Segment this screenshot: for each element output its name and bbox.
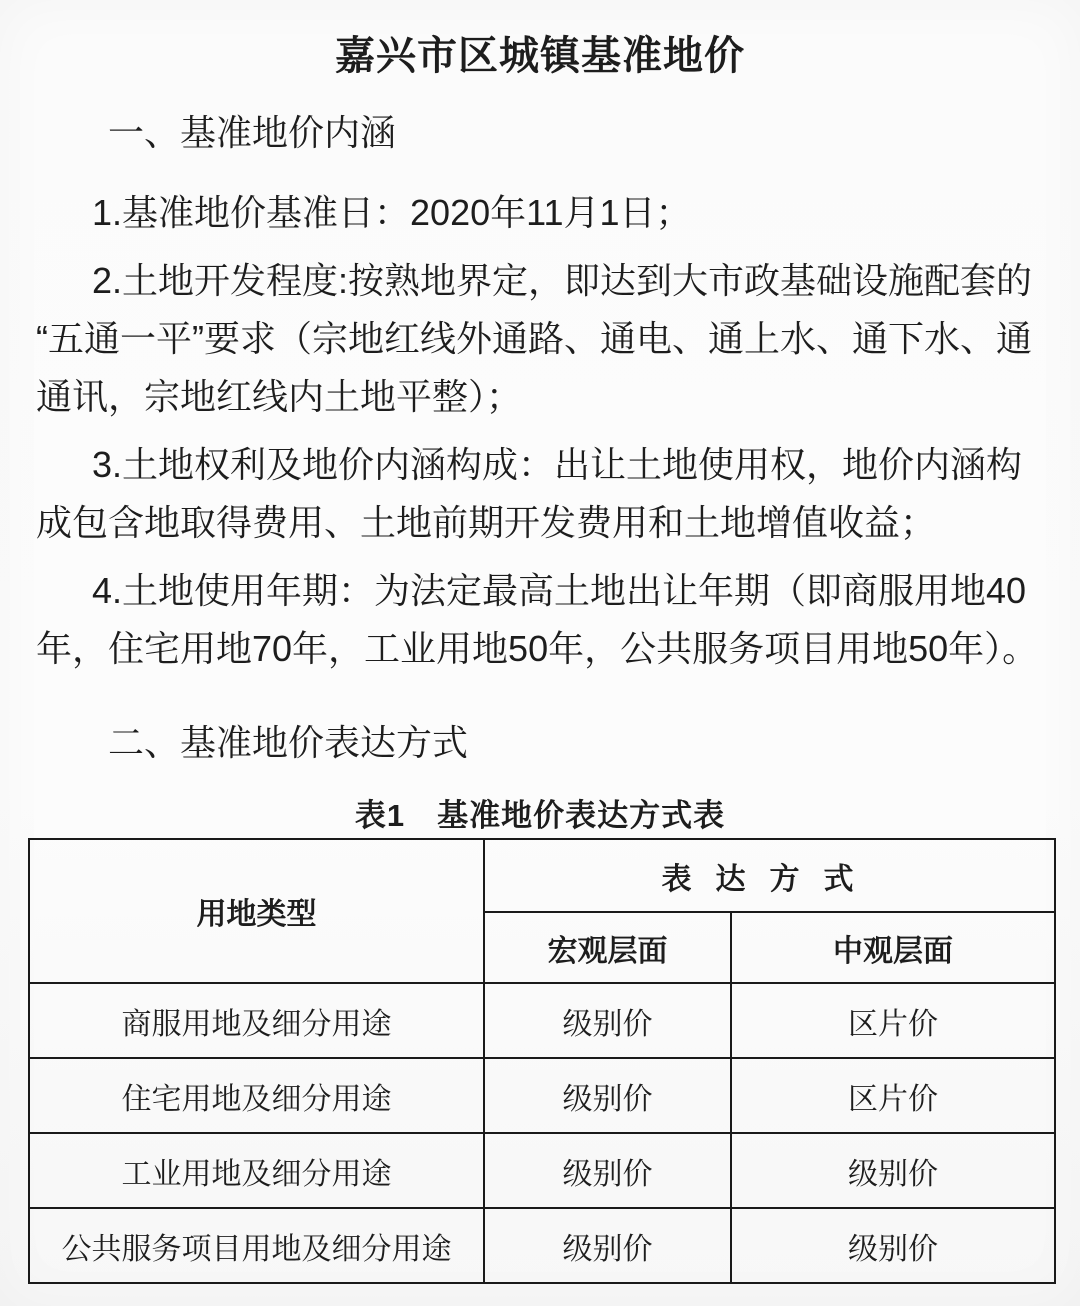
paragraph-3: 3.土地权利及地价内涵构成：出让土地使用权，地价内涵构 成包含地取得费用、土地前… <box>36 436 1044 552</box>
paragraph-4: 4.土地使用年期：为法定最高土地出让年期（即商服用地40 年，住宅用地70年，工… <box>36 562 1044 678</box>
document-page: 嘉兴市区城镇基准地价 一、基准地价内涵 1.基准地价基准日：2020年11月1日… <box>0 0 1080 1306</box>
document-title: 嘉兴市区城镇基准地价 <box>36 34 1044 78</box>
cell-land-type: 公共服务项目用地及细分用途 <box>29 1208 484 1283</box>
section-heading-1: 一、基准地价内涵 <box>108 104 1044 162</box>
table-row: 商服用地及细分用途 级别价 区片价 <box>29 983 1055 1058</box>
cell-meso-value: 区片价 <box>731 1058 1055 1133</box>
header-meso-level: 中观层面 <box>731 912 1055 983</box>
cell-meso-value: 级别价 <box>731 1133 1055 1208</box>
expression-table: 用地类型 表达方式 宏观层面 中观层面 商服用地及细分用途 级别价 区片价 住宅… <box>28 838 1056 1284</box>
header-macro-level: 宏观层面 <box>484 912 731 983</box>
cell-macro-value: 级别价 <box>484 1133 731 1208</box>
paragraph-1: 1.基准地价基准日：2020年11月1日； <box>36 184 1044 242</box>
table-row: 住宅用地及细分用途 级别价 区片价 <box>29 1058 1055 1133</box>
paragraph-2: 2.土地开发程度:按熟地界定，即达到大市政基础设施配套的 “五通一平”要求（宗地… <box>36 252 1044 426</box>
section-heading-2: 二、基准地价表达方式 <box>108 714 1044 772</box>
header-land-type: 用地类型 <box>29 839 484 983</box>
text-line: 成包含地取得费用、土地前期开发费用和土地增值收益； <box>36 494 1044 552</box>
text-line: 3.土地权利及地价内涵构成：出让土地使用权，地价内涵构 <box>36 436 1044 494</box>
cell-meso-value: 区片价 <box>731 983 1055 1058</box>
cell-land-type: 商服用地及细分用途 <box>29 983 484 1058</box>
table-caption: 表1 基准地价表达方式表 <box>36 794 1044 838</box>
cell-macro-value: 级别价 <box>484 983 731 1058</box>
text-line: 通讯，宗地红线内土地平整）； <box>36 368 1044 426</box>
text-line: “五通一平”要求（宗地红线外通路、通电、通上水、通下水、通 <box>36 310 1044 368</box>
text-line: 年，住宅用地70年，工业用地50年，公共服务项目用地50年）。 <box>36 620 1044 678</box>
table-row: 工业用地及细分用途 级别价 级别价 <box>29 1133 1055 1208</box>
table-header-row-1: 用地类型 表达方式 <box>29 839 1055 912</box>
table-row: 公共服务项目用地及细分用途 级别价 级别价 <box>29 1208 1055 1283</box>
header-expression-group: 表达方式 <box>484 839 1055 912</box>
cell-meso-value: 级别价 <box>731 1208 1055 1283</box>
cell-land-type: 工业用地及细分用途 <box>29 1133 484 1208</box>
text-line: 1.基准地价基准日：2020年11月1日； <box>36 184 1044 242</box>
text-line: 4.土地使用年期：为法定最高土地出让年期（即商服用地40 <box>36 562 1044 620</box>
cell-macro-value: 级别价 <box>484 1058 731 1133</box>
text-line: 2.土地开发程度:按熟地界定，即达到大市政基础设施配套的 <box>36 252 1044 310</box>
cell-macro-value: 级别价 <box>484 1208 731 1283</box>
header-expression-group-label: 表达方式 <box>662 863 878 896</box>
cell-land-type: 住宅用地及细分用途 <box>29 1058 484 1133</box>
